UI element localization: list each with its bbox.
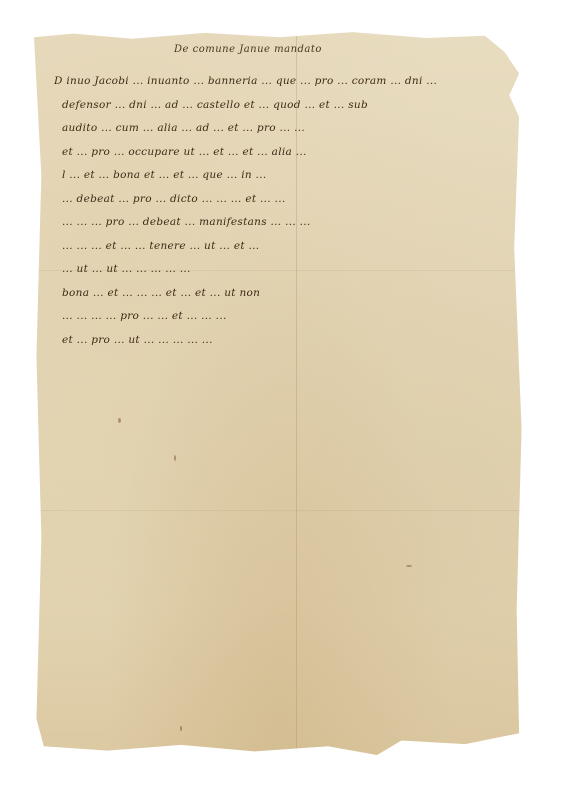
manuscript-line: ... ... ... pro ... debeat ... manifesta…: [54, 211, 509, 235]
ink-spot: [118, 418, 121, 423]
manuscript-line: bona ... et ... ... ... et ... et ... ut…: [54, 282, 509, 306]
manuscript-body: D inuo Jacobi ... inuanto ... banneria .…: [54, 70, 509, 352]
ink-spot: [174, 455, 176, 461]
manuscript-line: D inuo Jacobi ... inuanto ... banneria .…: [54, 70, 509, 94]
manuscript-line: et ... pro ... occupare ut ... et ... et…: [54, 141, 509, 165]
manuscript-line: ... ... ... ... pro ... ... et ... ... .…: [54, 305, 509, 329]
manuscript-line: audito ... cum ... alia ... ad ... et ..…: [54, 117, 509, 141]
ink-spot: [406, 565, 412, 567]
manuscript-line: defensor ... dni ... ad ... castello et …: [54, 94, 509, 118]
manuscript-heading: De comune Janue mandato: [174, 44, 322, 55]
horizontal-fold-line: [34, 510, 524, 511]
ink-spot: [180, 726, 182, 731]
manuscript-line: ... ... ... et ... ... tenere ... ut ...…: [54, 235, 509, 259]
manuscript-line: ... debeat ... pro ... dicto ... ... ...…: [54, 188, 509, 212]
manuscript-line: ... ut ... ut ... ... ... ... ...: [54, 258, 509, 282]
manuscript-line: et ... pro ... ut ... ... ... ... ...: [54, 329, 509, 353]
manuscript-line: l ... et ... bona et ... et ... que ... …: [54, 164, 509, 188]
manuscript-sheet: De comune Janue mandato D inuo Jacobi ..…: [34, 30, 524, 755]
